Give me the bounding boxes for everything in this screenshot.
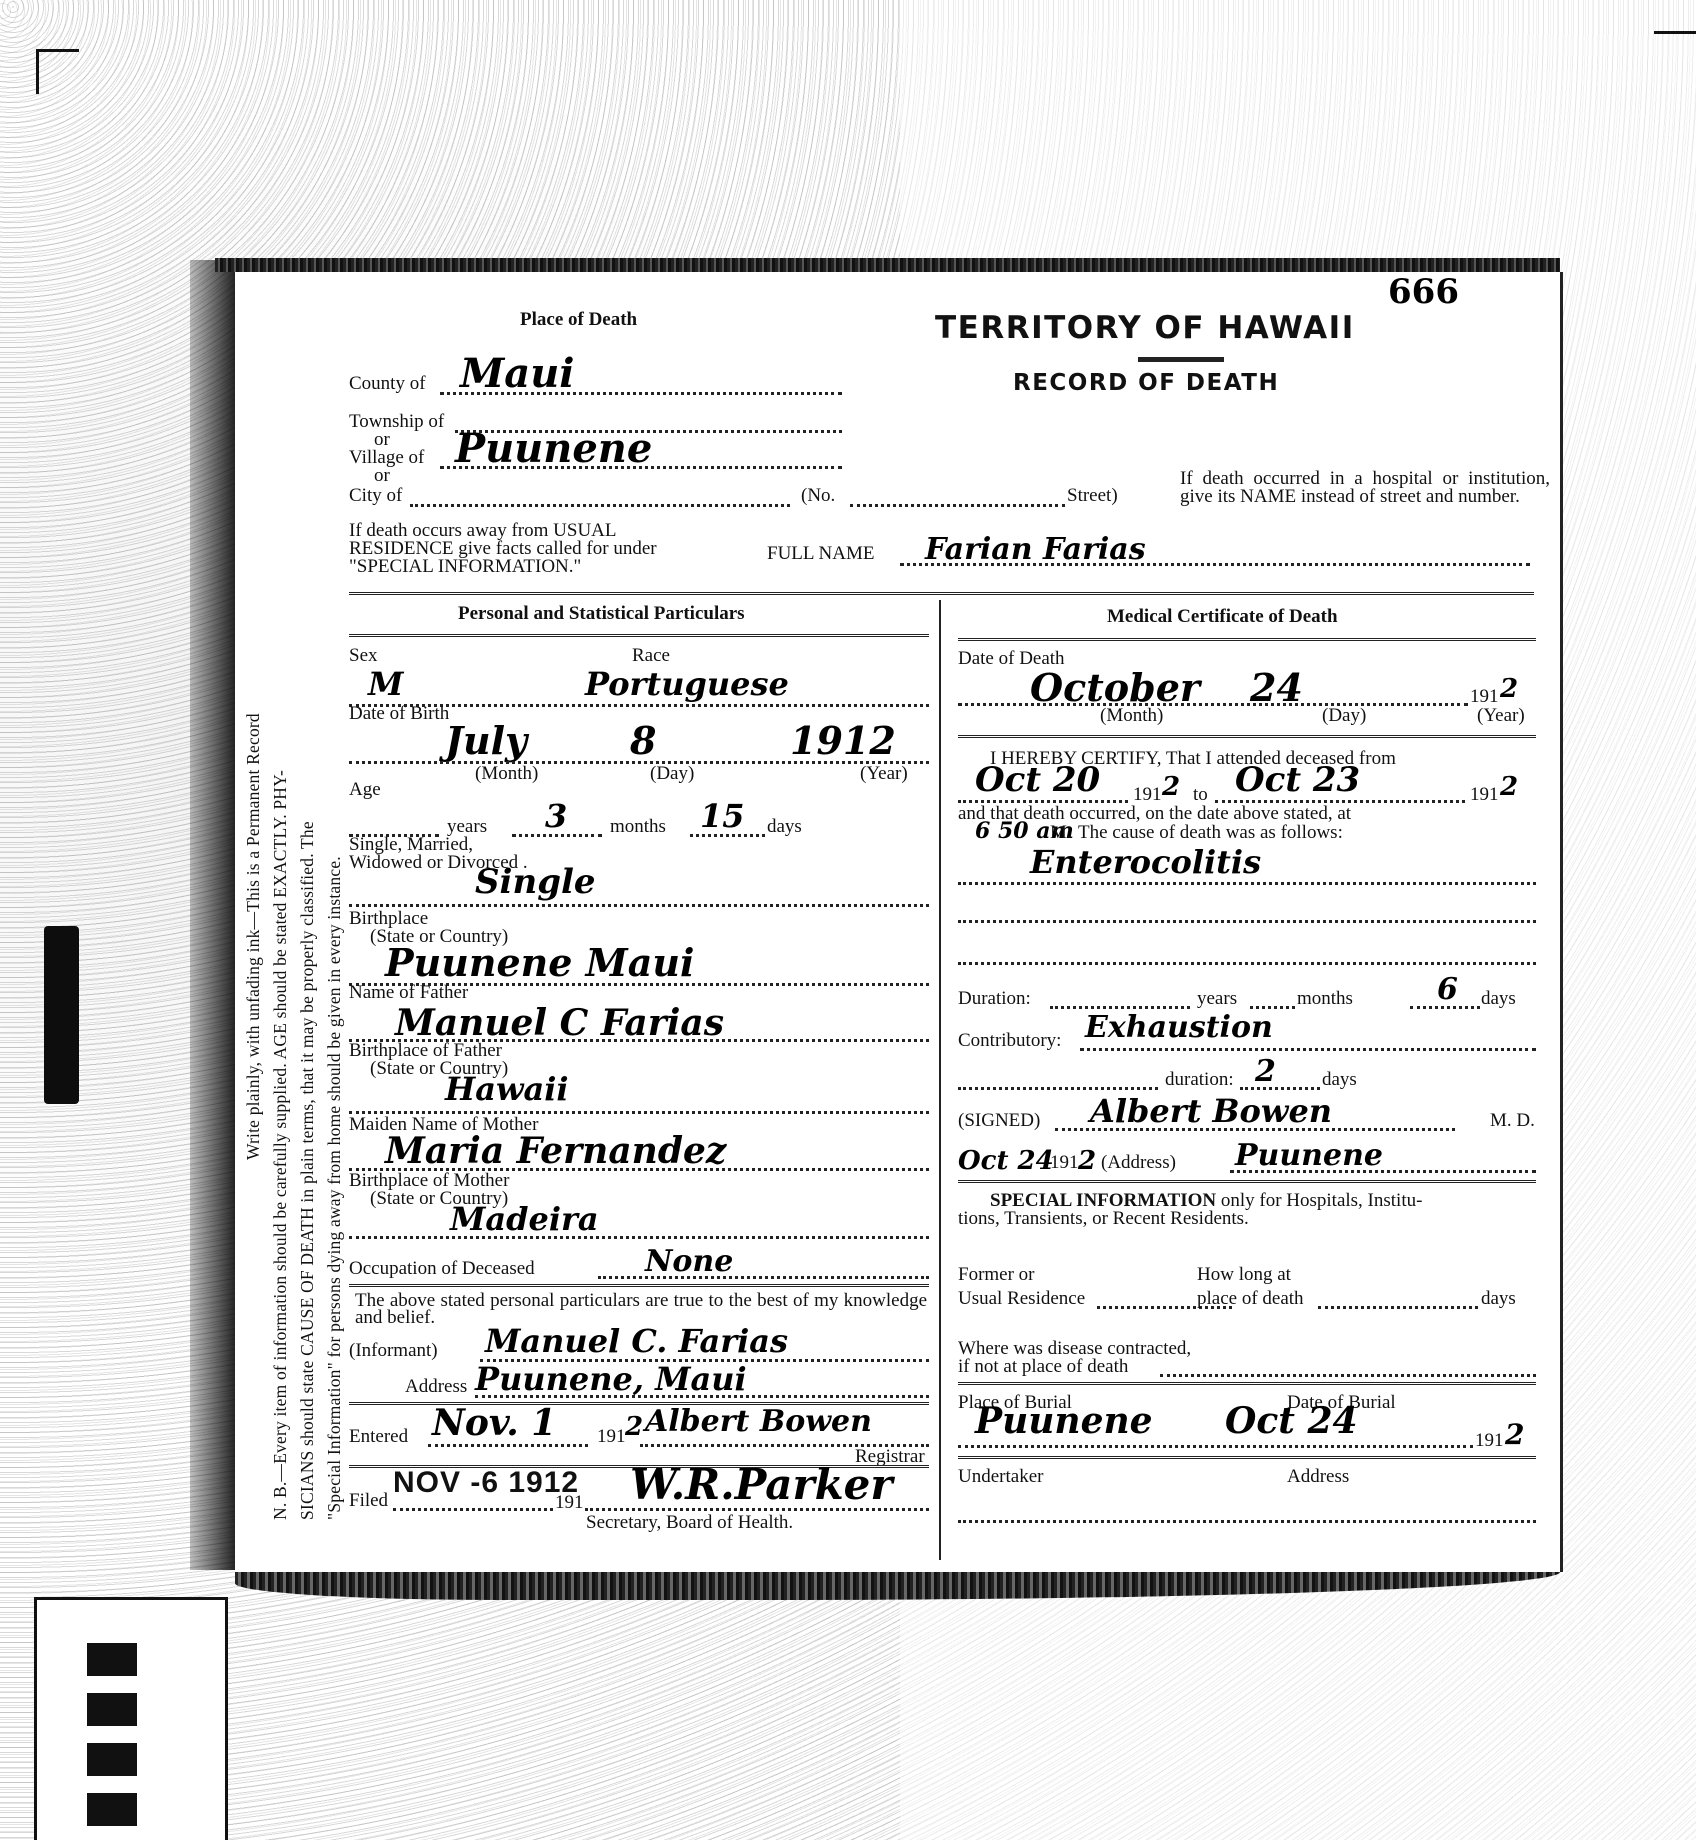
city-line: [410, 504, 790, 507]
county-label: County of: [349, 373, 426, 395]
signed-label: (SIGNED): [958, 1110, 1040, 1132]
dob-label: Date of Birth: [349, 703, 449, 725]
burial-line: [958, 1445, 1473, 1448]
full-name-value: Farian Farias: [925, 532, 1146, 567]
marital-value: Single: [475, 862, 596, 902]
contracted-line: [1160, 1374, 1536, 1377]
duration-label: Duration:: [958, 988, 1031, 1010]
how-long-label-1: How long at: [1197, 1264, 1291, 1286]
dob-month-caption: (Month): [475, 763, 538, 785]
occupation-value: None: [645, 1244, 733, 1279]
street-line: [850, 504, 1065, 507]
contrib-duration-value: 2: [1255, 1054, 1276, 1089]
township-label: Township of: [349, 411, 444, 433]
age-months-label: months: [610, 816, 666, 838]
dob-year-caption: (Year): [860, 763, 908, 785]
medical-heading: Medical Certificate of Death: [1107, 606, 1338, 628]
filed-label: Filed: [349, 1490, 388, 1512]
race-label: Race: [632, 645, 670, 667]
cause-value: Enterocolitis: [1030, 843, 1261, 881]
mother-value: Maria Fernandez: [385, 1130, 726, 1172]
burial-year-prefix: 191: [1475, 1430, 1504, 1452]
side-note-line-2: N. B.—Every item of information should b…: [267, 390, 294, 1520]
age-days-label: days: [767, 816, 802, 838]
side-note-line-4: "Special Information" for persons dying …: [321, 390, 348, 1520]
crop-mark-top-left: [36, 49, 79, 94]
time-suffix: M.: [1050, 822, 1072, 844]
header-divider: [349, 592, 1534, 598]
father-birthplace-value: Hawaii: [445, 1070, 569, 1108]
address-line: [475, 1395, 929, 1398]
personal-heading: Personal and Statistical Particulars: [458, 603, 745, 625]
duration-days-line: [1410, 1006, 1480, 1009]
dob-month: July: [445, 718, 527, 763]
attended-to: Oct 23: [1235, 760, 1360, 800]
signed-address-label: (Address): [1101, 1152, 1176, 1174]
dod-line: [958, 703, 1468, 706]
undertaker-label: Undertaker: [958, 1466, 1043, 1488]
md-label: M. D.: [1490, 1110, 1535, 1132]
place-of-death-heading: Place of Death: [520, 309, 637, 331]
dod-year-suffix: 2: [1500, 674, 1518, 704]
signed-year-prefix: 191: [1050, 1152, 1079, 1174]
duration-years-line: [1050, 1006, 1190, 1009]
attended-to-suffix: 2: [1500, 772, 1518, 802]
village-value: Puunene: [455, 425, 652, 472]
filed-line: [393, 1508, 553, 1511]
cause-text: The cause of death was as follows:: [1078, 822, 1343, 844]
paper-left-shadow: [190, 260, 235, 1570]
how-long-line: [1318, 1306, 1478, 1309]
contracted-label-2: if not at place of death: [958, 1356, 1128, 1378]
address-value: Puunene, Maui: [475, 1360, 747, 1398]
mother-birthplace-value: Madeira: [450, 1200, 599, 1238]
signed-address-value: Puunene: [1235, 1138, 1383, 1173]
cause-line-1: [958, 882, 1536, 885]
how-long-label-2: place of death: [1197, 1288, 1304, 1310]
entered-line: [428, 1444, 588, 1447]
county-value: Maui: [460, 350, 574, 397]
burial-year-suffix: 2: [1505, 1418, 1524, 1451]
attended-from: Oct 20: [975, 760, 1100, 800]
contrib-duration-days: days: [1322, 1069, 1357, 1091]
dob-day-caption: (Day): [650, 763, 694, 785]
duration-days-label: days: [1481, 988, 1516, 1010]
filed-year-prefix: 191: [555, 1492, 584, 1514]
entered-label: Entered: [349, 1426, 408, 1448]
signed-year-suffix: 2: [1078, 1146, 1096, 1176]
cause-line-3: [958, 962, 1536, 965]
signed-divider: [958, 1180, 1536, 1186]
or-label: or: [374, 465, 390, 487]
entered-year-prefix: 191: [597, 1426, 626, 1448]
signed-value: Albert Bowen: [1090, 1092, 1332, 1130]
secretary-label: Secretary, Board of Health.: [586, 1512, 793, 1534]
age-months-value: 3: [545, 797, 567, 835]
contributory-line: [1080, 1048, 1536, 1051]
street-number-label: (No.: [801, 485, 835, 507]
attended-to-year: 191: [1470, 784, 1499, 806]
special-heading-line2: tions, Transients, or Recent Residents.: [958, 1208, 1249, 1230]
how-long-days-label: days: [1481, 1288, 1516, 1310]
secretary-line: [585, 1508, 929, 1511]
duration-months-label: months: [1297, 988, 1353, 1010]
burial-place-value: Puunene: [975, 1400, 1153, 1442]
dod-divider: [958, 735, 1536, 741]
dod-month-caption: (Month): [1100, 705, 1163, 727]
informant-label: (Informant): [349, 1340, 438, 1362]
filed-stamp: NOV -6 1912: [393, 1466, 579, 1500]
informant-value: Manuel C. Farias: [485, 1322, 788, 1360]
entered-value: Nov. 1: [432, 1402, 556, 1444]
age-days-value: 15: [700, 797, 745, 835]
registrar-signature: Albert Bowen: [645, 1404, 872, 1439]
column-divider: [939, 600, 941, 1560]
barcode-icon: [87, 1643, 137, 1828]
crop-mark-top-right: [1654, 31, 1696, 74]
side-instructions: Write plainly, with unfading ink—This is…: [240, 390, 340, 1520]
paper-edge-top: [215, 258, 1560, 272]
dob-day: 8: [630, 718, 656, 763]
duration-months-line: [1250, 1006, 1295, 1009]
dod-day-caption: (Day): [1322, 705, 1366, 727]
address-label: Address: [405, 1376, 467, 1398]
hospital-note: If death occurred in a hospital or insti…: [1180, 470, 1550, 506]
full-name-label: FULL NAME: [767, 543, 875, 565]
former-residence-label-2: Usual Residence: [958, 1288, 1085, 1310]
title-underline: [1138, 357, 1224, 362]
father-label: Name of Father: [349, 982, 468, 1004]
city-label: City of: [349, 485, 402, 507]
undertaker-address-label: Address: [1287, 1466, 1349, 1488]
attest-text: The above stated personal particulars ar…: [355, 1292, 927, 1326]
cause-line-2: [958, 920, 1536, 923]
street-label: Street): [1067, 485, 1118, 507]
medical-divider: [958, 638, 1536, 644]
burial-date-value: Oct 24: [1225, 1400, 1358, 1442]
sex-value: M: [368, 665, 403, 703]
undertaker-line: [958, 1520, 1536, 1523]
secretary-signature: W.R.Parker: [630, 1460, 893, 1509]
attended-from-suffix: 2: [1162, 772, 1180, 802]
former-residence-label-1: Former or: [958, 1264, 1035, 1286]
side-note-line-3: SICIANS should state CAUSE OF DEATH in p…: [294, 390, 321, 1520]
birthplace-value: Puunene Maui: [385, 940, 694, 985]
signed-line: [1055, 1128, 1455, 1131]
entered-year-suffix: 2: [625, 1412, 643, 1442]
side-note-line-1: Write plainly, with unfading ink—This is…: [240, 390, 267, 1520]
burial-divider: [958, 1456, 1536, 1462]
marital-line: [349, 904, 929, 907]
signed-date: Oct 24: [958, 1146, 1054, 1176]
document-subtitle: RECORD OF DEATH: [1013, 370, 1279, 396]
dod-year-caption: (Year): [1477, 705, 1525, 727]
personal-divider: [349, 634, 929, 640]
signed-address-line: [1230, 1170, 1536, 1173]
binder-clip-icon: [44, 926, 79, 1104]
contributory-value: Exhaustion: [1085, 1010, 1273, 1045]
document-title: TERRITORY OF HAWAII: [935, 310, 1355, 346]
contributory-label: Contributory:: [958, 1030, 1061, 1052]
mother-birthplace-line: [349, 1236, 929, 1239]
special-divider: [958, 1382, 1536, 1388]
age-label: Age: [349, 779, 381, 801]
race-value: Portuguese: [585, 665, 789, 703]
occupation-label: Occupation of Deceased: [349, 1258, 535, 1280]
dob-line: [349, 761, 929, 764]
father-value: Manuel C Farias: [395, 1002, 724, 1044]
sex-label: Sex: [349, 645, 378, 667]
duration-years-label: years: [1197, 988, 1237, 1010]
archive-label-tab: [34, 1597, 228, 1840]
contrib-duration-line: [958, 1087, 1158, 1090]
away-note: If death occurs away from USUAL RESIDENC…: [349, 522, 719, 576]
dob-year: 1912: [790, 718, 896, 763]
contrib-duration-label: duration:: [1165, 1069, 1234, 1091]
duration-days-value: 6: [1437, 972, 1458, 1007]
contrib-duration-days-line: [1240, 1087, 1320, 1090]
record-number: 666: [1388, 272, 1459, 312]
